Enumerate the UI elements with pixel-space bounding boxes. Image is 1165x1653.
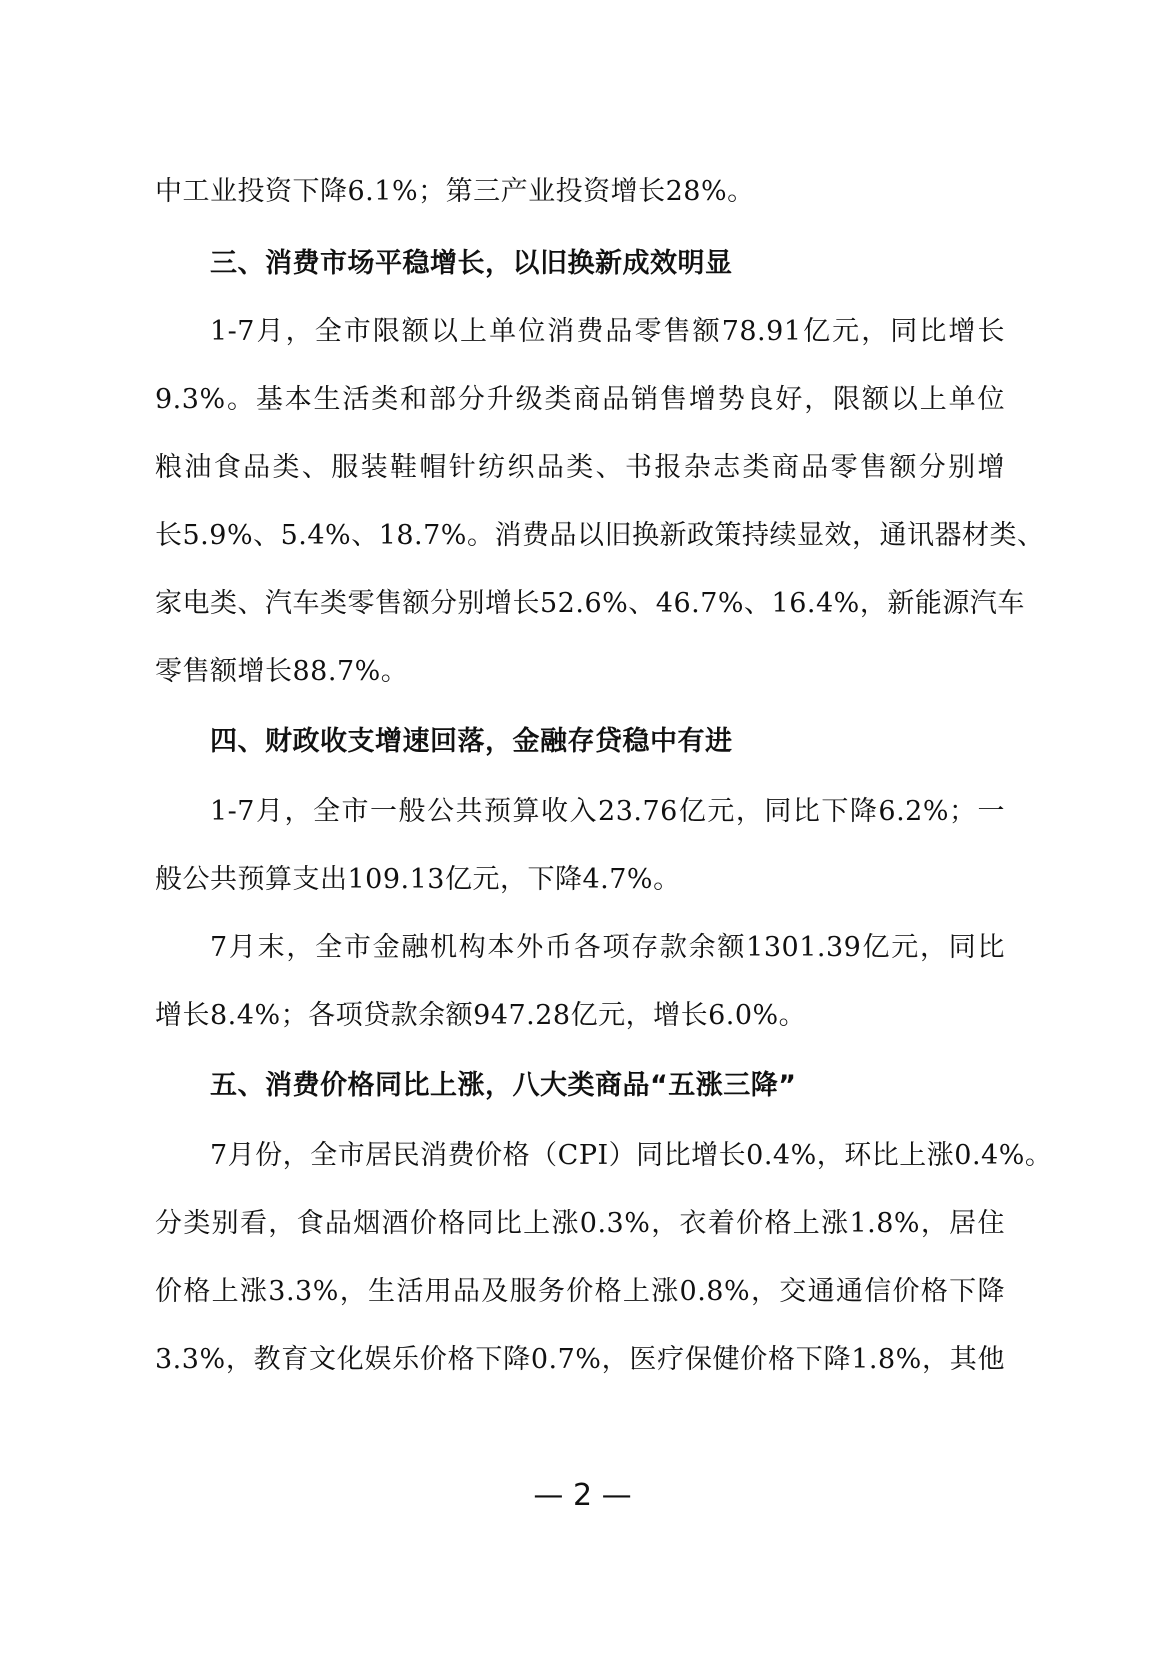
paragraph-line: 7月末，全市金融机构本外币各项存款余额1301.39亿元，同比 bbox=[210, 931, 1005, 965]
section-heading-consumption: 三、消费市场平稳增长，以旧换新成效明显 bbox=[210, 247, 733, 281]
paragraph-line: 3.3%，教育文化娱乐价格下降0.7%，医疗保健价格下降1.8%，其他 bbox=[155, 1343, 1005, 1377]
paragraph-line: 中工业投资下降6.1%；第三产业投资增长28%。 bbox=[155, 175, 1005, 209]
paragraph-line: 长5.9%、5.4%、18.7%。消费品以旧换新政策持续显效，通讯器材类、 bbox=[155, 519, 1005, 553]
paragraph-line: 7月份，全市居民消费价格（CPI）同比增长0.4%，环比上涨0.4%。 bbox=[210, 1139, 1005, 1173]
section-heading-finance: 四、财政收支增速回落，金融存贷稳中有进 bbox=[210, 725, 733, 759]
document-page: 中工业投资下降6.1%；第三产业投资增长28%。 三、消费市场平稳增长，以旧换新… bbox=[0, 0, 1165, 1653]
paragraph-line: 分类别看，食品烟酒价格同比上涨0.3%，衣着价格上涨1.8%，居住 bbox=[155, 1207, 1005, 1241]
paragraph-line: 零售额增长88.7%。 bbox=[155, 655, 1005, 689]
paragraph-line: 1-7月，全市一般公共预算收入23.76亿元，同比下降6.2%；一 bbox=[210, 795, 1005, 829]
page-number: — 2 — bbox=[0, 1478, 1165, 1514]
paragraph-line: 增长8.4%；各项贷款余额947.28亿元，增长6.0%。 bbox=[155, 999, 1005, 1033]
paragraph-line: 1-7月，全市限额以上单位消费品零售额78.91亿元，同比增长 bbox=[210, 315, 1005, 349]
paragraph-line: 9.3%。基本生活类和部分升级类商品销售增势良好，限额以上单位 bbox=[155, 383, 1005, 417]
paragraph-line: 粮油食品类、服装鞋帽针纺织品类、书报杂志类商品零售额分别增 bbox=[155, 451, 1005, 485]
paragraph-line: 家电类、汽车类零售额分别增长52.6%、46.7%、16.4%，新能源汽车 bbox=[155, 587, 1005, 621]
paragraph-line: 般公共预算支出109.13亿元，下降4.7%。 bbox=[155, 863, 1005, 897]
paragraph-line: 价格上涨3.3%，生活用品及服务价格上涨0.8%，交通通信价格下降 bbox=[155, 1275, 1005, 1309]
section-heading-prices: 五、消费价格同比上涨，八大类商品“五涨三降” bbox=[210, 1069, 797, 1103]
